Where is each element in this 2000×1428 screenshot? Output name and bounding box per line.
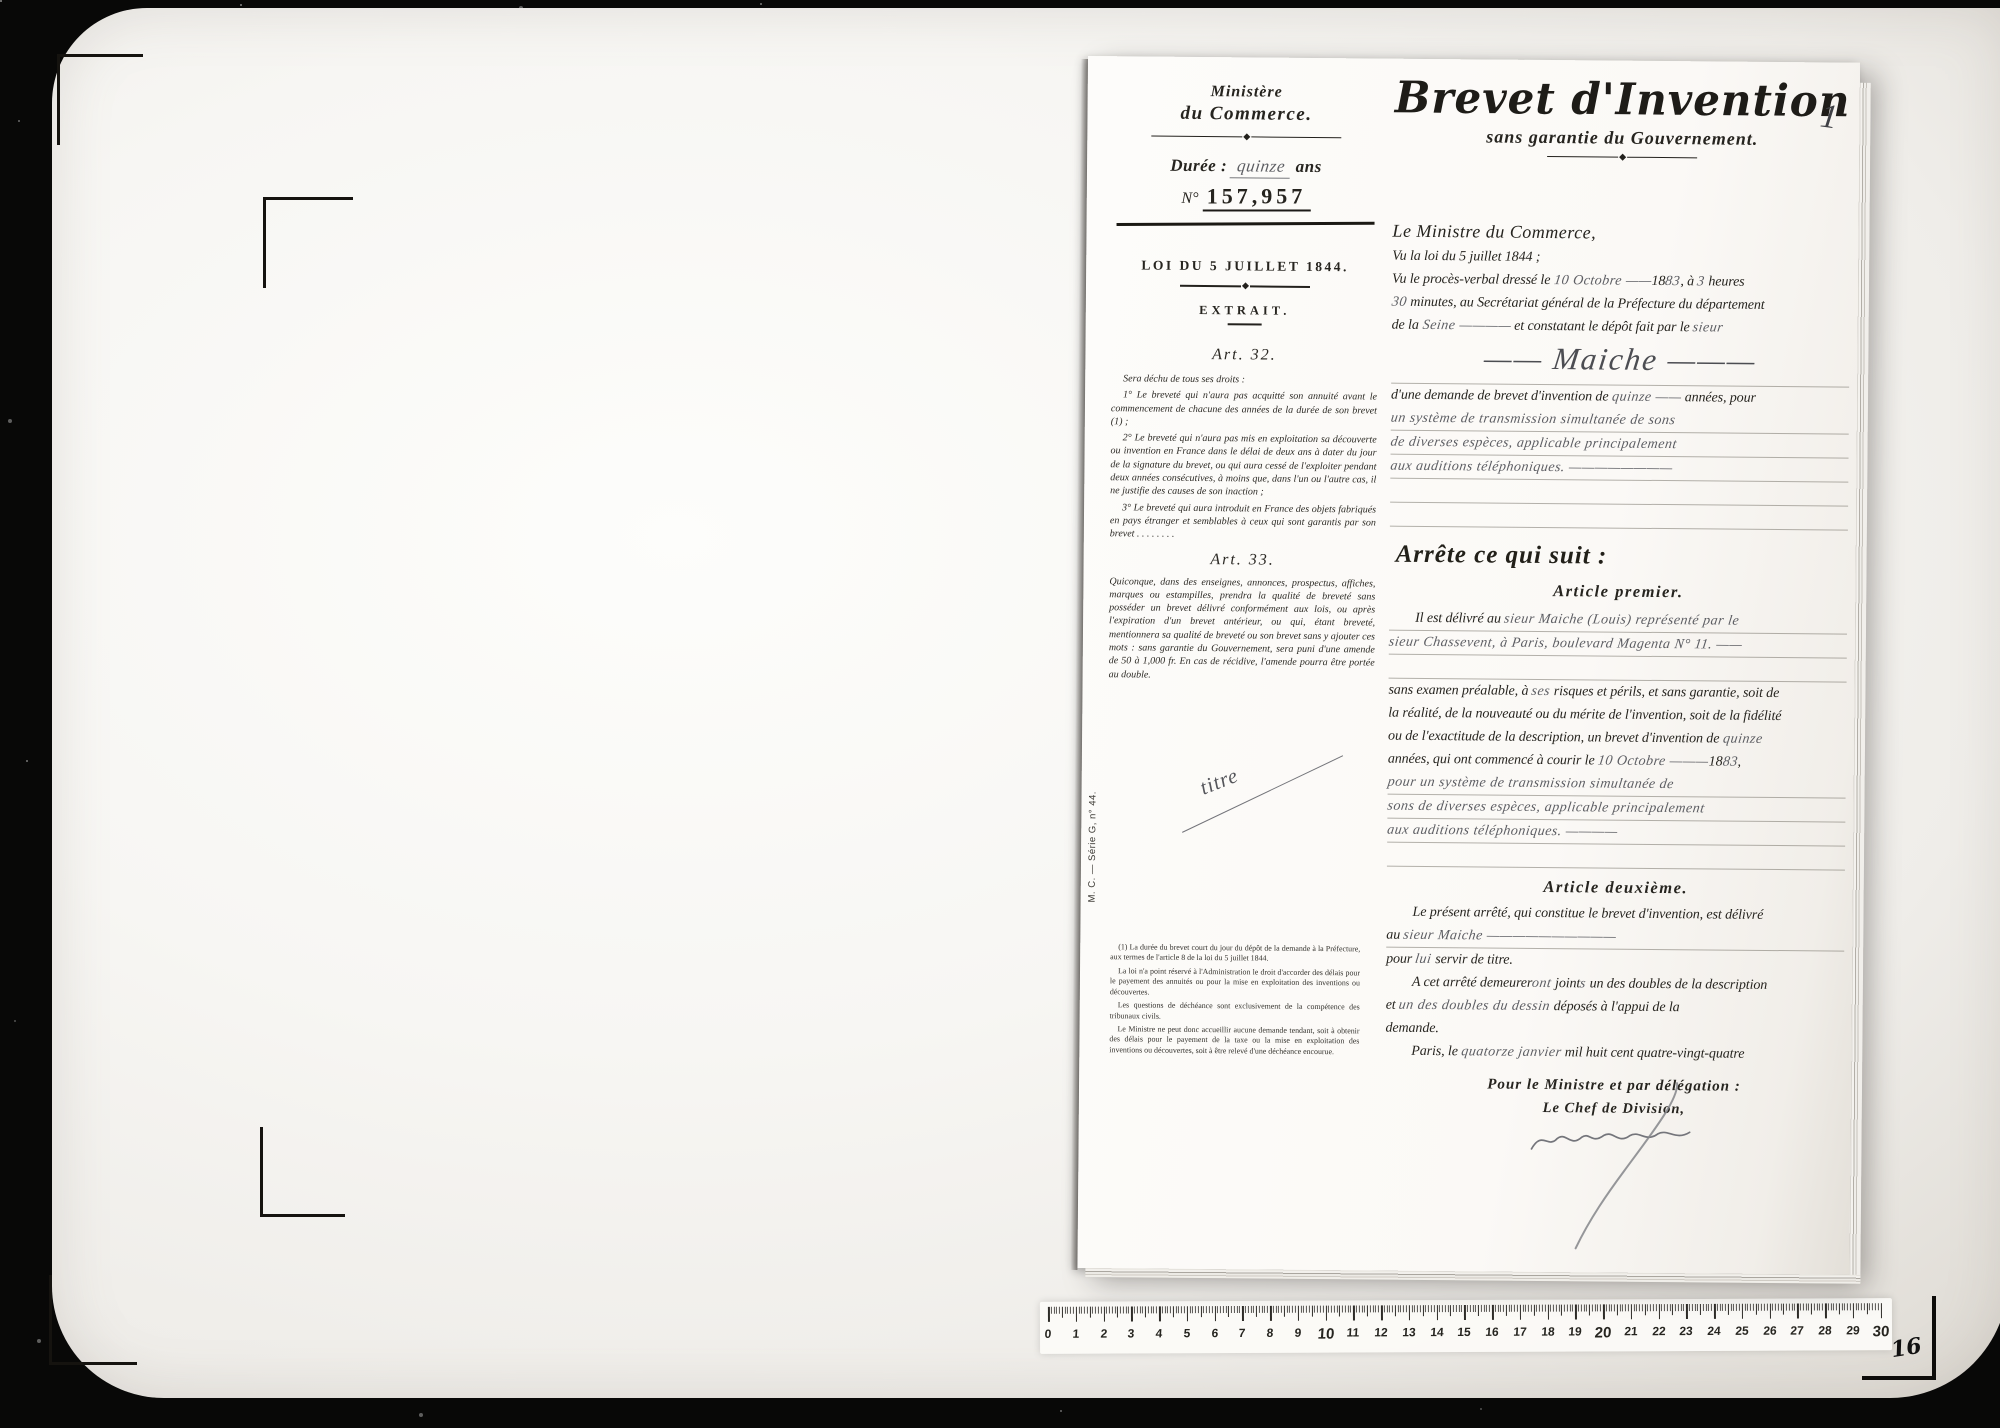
- ruler-tick: [1708, 1304, 1709, 1311]
- ruler-tick: [1561, 1305, 1562, 1316]
- ruler-tick: [1370, 1305, 1371, 1312]
- ruler-tick: [1531, 1305, 1532, 1312]
- ruler-tick: [1539, 1305, 1540, 1312]
- printed-text: minutes, au Secrétariat général de la Pr…: [1407, 295, 1765, 313]
- ruler-tick: [1800, 1304, 1801, 1311]
- ruler-tick: [1414, 1305, 1415, 1312]
- patent-number-label: N°: [1181, 190, 1198, 207]
- printed-text: et constatant le dépôt fait par le: [1511, 319, 1693, 336]
- ruler-tick: [1833, 1303, 1834, 1310]
- ruler-tick: [1789, 1304, 1790, 1311]
- ruler-tick: [1195, 1306, 1196, 1313]
- ruler-tick: [1595, 1304, 1596, 1311]
- ruler-tick: [1403, 1305, 1404, 1312]
- ruler-tick: [1148, 1306, 1149, 1313]
- ruler-tick: [1628, 1304, 1629, 1311]
- ruler-tick: [1070, 1307, 1071, 1314]
- film-series-label: M. C. — Série G, n° 44.: [1087, 791, 1099, 902]
- footnote-1: (1) La durée du brevet court du jour du …: [1110, 942, 1360, 965]
- handwritten-text: pour un système de transmission simultan…: [1386, 771, 1675, 796]
- ruler-tick: [1495, 1305, 1496, 1312]
- ruler-tick: [1617, 1304, 1618, 1315]
- ruler-tick: [1767, 1304, 1768, 1311]
- ruler-tick: [1250, 1306, 1251, 1313]
- ruler-tick: [1065, 1307, 1066, 1314]
- duration-label: Durée :: [1170, 156, 1227, 175]
- handwritten-text: 10 Octobre ——: [1552, 269, 1653, 293]
- article-32-intro: Sera déchu de tous ses droits :: [1111, 372, 1377, 388]
- ruler-tick: [1384, 1305, 1385, 1312]
- ruler-tick: [1139, 1306, 1140, 1313]
- ruler-tick: [1586, 1304, 1587, 1311]
- ruler-tick: [1869, 1303, 1870, 1310]
- ruler-tick: [1353, 1305, 1355, 1320]
- ruler-tick: [1162, 1306, 1163, 1313]
- ruler-tick: [1234, 1306, 1235, 1313]
- ruler-tick: [1323, 1306, 1324, 1313]
- handwritten-text: quinze ——: [1610, 386, 1682, 410]
- ruler-tick: [1367, 1305, 1368, 1316]
- ruler-tick: [1622, 1304, 1623, 1311]
- article-33-text: Quiconque, dans des enseignes, annonces,…: [1109, 575, 1376, 684]
- ruler-tick: [1650, 1304, 1651, 1311]
- ruler-tick: [1101, 1307, 1102, 1314]
- ruler-tick: [1300, 1306, 1301, 1313]
- ruler-tick: [1273, 1306, 1274, 1313]
- footnote-4: Le Ministre ne peut donc accueillir aucu…: [1109, 1024, 1359, 1057]
- ruler-tick: [1489, 1305, 1490, 1312]
- ruler-number: 27: [1790, 1324, 1804, 1338]
- ruler-tick: [1145, 1306, 1146, 1317]
- ruler-tick: [1328, 1306, 1329, 1313]
- text-line: —— Maiche ———: [1391, 337, 1849, 388]
- ruler-tick: [1348, 1306, 1349, 1313]
- ruler-tick: [1855, 1303, 1856, 1310]
- ruler-tick: [1736, 1304, 1737, 1311]
- ruler-tick: [1134, 1306, 1135, 1313]
- ruler-number: 20: [1594, 1324, 1612, 1341]
- ruler-tick: [1575, 1305, 1577, 1320]
- duration-value-handwritten: quinze: [1230, 156, 1293, 178]
- ruler-tick: [1614, 1304, 1615, 1311]
- printed-text: 18: [1709, 754, 1723, 769]
- ruler-tick: [1223, 1306, 1224, 1313]
- ruler-tick: [1606, 1304, 1607, 1311]
- ruler-tick: [1534, 1305, 1535, 1316]
- ruler-tick: [1642, 1304, 1643, 1311]
- ruler-tick: [1228, 1306, 1229, 1317]
- ruler-tick: [1239, 1306, 1240, 1313]
- ruler-tick: [1559, 1305, 1560, 1312]
- ruler-tick: [1503, 1305, 1504, 1312]
- ruler-tick: [1464, 1305, 1466, 1320]
- ruler-tick: [1547, 1305, 1549, 1320]
- ruler-tick: [1373, 1305, 1374, 1312]
- ruler-tick: [1497, 1305, 1498, 1312]
- ruler-tick: [1675, 1304, 1676, 1311]
- ruler-tick: [1076, 1307, 1078, 1322]
- ruler-number: 7: [1238, 1326, 1246, 1340]
- ruler-tick: [1772, 1304, 1773, 1311]
- ruler-number: 5: [1183, 1326, 1191, 1340]
- ruler-tick: [1797, 1304, 1799, 1319]
- ruler-numbers: 0123456789101112131415161718192021222324…: [1040, 1323, 1892, 1347]
- ruler-tick: [1156, 1306, 1157, 1313]
- ruler-tick: [1442, 1305, 1443, 1312]
- ruler-number: 2: [1100, 1327, 1108, 1341]
- ruler-tick: [1264, 1306, 1265, 1313]
- printed-text: un des doubles de la description: [1586, 976, 1767, 993]
- extract-rule: [1228, 323, 1262, 325]
- ruler-tick: [1817, 1303, 1818, 1310]
- ruler-tick: [1098, 1307, 1099, 1314]
- handwritten-text: sieur: [1692, 316, 1726, 339]
- ruler-tick: [1711, 1304, 1712, 1311]
- ruler-tick: [1137, 1306, 1138, 1313]
- handwritten-text: sons de diverses espèces, applicable pri…: [1386, 795, 1706, 821]
- ruler-tick: [1434, 1305, 1435, 1312]
- ruler-tick: [1470, 1305, 1471, 1312]
- printed-text: Le Ministre du Commerce,: [1392, 221, 1596, 243]
- printed-text: joint: [1552, 976, 1581, 991]
- ruler-tick: [1339, 1306, 1340, 1317]
- ruler-tick: [1128, 1306, 1129, 1313]
- ruler-tick: [1406, 1305, 1407, 1312]
- ruler-tick: [1803, 1304, 1804, 1311]
- ruler-tick: [1597, 1304, 1598, 1311]
- ruler-tick: [1589, 1304, 1590, 1315]
- ruler-tick: [1578, 1305, 1579, 1312]
- ruler-tick: [1731, 1304, 1732, 1311]
- ruler-tick: [1159, 1306, 1161, 1321]
- ruler-number: 10: [1317, 1326, 1335, 1343]
- ruler-tick: [1522, 1305, 1523, 1312]
- text-line: [1387, 843, 1845, 871]
- text-line: de la Seine ———— et constatant le dépôt …: [1392, 314, 1850, 341]
- ruler-tick: [1428, 1305, 1429, 1312]
- article-2-lines: Le présent arrêté, qui constitue le brev…: [1385, 901, 1844, 1067]
- ruler-tick: [1794, 1304, 1795, 1311]
- ruler-tick: [1048, 1307, 1050, 1322]
- ruler-tick: [1051, 1307, 1052, 1314]
- title-divider: [1547, 154, 1697, 160]
- ruler-tick: [1525, 1305, 1526, 1312]
- ruler-number: 11: [1346, 1325, 1360, 1339]
- printed-text: ou de l'exactitude de la description, un…: [1388, 729, 1723, 747]
- patent-number-line: N° 157,957: [1113, 182, 1379, 212]
- margin-annotation-handwritten: titre: [1196, 763, 1242, 801]
- handwritten-text: 3: [1696, 270, 1707, 293]
- article-32-heading: Art. 32.: [1111, 345, 1377, 365]
- ruler-tick: [1206, 1306, 1207, 1313]
- printed-text: A cet arrêté demeurer: [1412, 975, 1532, 991]
- ruler-tick: [1611, 1304, 1612, 1311]
- ruler-tick: [1087, 1307, 1088, 1314]
- ruler-tick: [1639, 1304, 1640, 1311]
- ruler-tick: [1317, 1306, 1318, 1313]
- ruler-tick: [1400, 1305, 1401, 1312]
- printed-text: la réalité, de la nouveauté ou du mérite…: [1388, 706, 1781, 724]
- ruler-tick: [1181, 1306, 1182, 1313]
- ruler-tick: [1209, 1306, 1210, 1313]
- pen-flourish-stroke: [1548, 1076, 1700, 1257]
- ruler-tick: [1309, 1306, 1310, 1313]
- ruler-tick: [1425, 1305, 1426, 1312]
- ruler-tick: [1692, 1304, 1693, 1311]
- corner-mark-bottom-left-outer: [49, 1275, 137, 1365]
- ruler-tick: [1306, 1306, 1307, 1313]
- extract-heading: EXTRAIT.: [1112, 302, 1378, 319]
- ruler-tick: [1292, 1306, 1293, 1313]
- ruler-tick: [1775, 1304, 1776, 1311]
- ruler-tick: [1631, 1304, 1633, 1319]
- ruler-tick: [1126, 1306, 1127, 1313]
- ruler-tick: [1270, 1306, 1272, 1321]
- header-rule: [1117, 222, 1375, 226]
- patent-subtitle: sans garantie du Gouvernement.: [1393, 126, 1851, 151]
- ruler-tick: [1656, 1304, 1657, 1311]
- ruler-tick: [1287, 1306, 1288, 1313]
- microfilm-scan: { "scan": { "frame_number": "16", "page_…: [0, 0, 2000, 1428]
- corner-mark-top-left-outer: [57, 54, 143, 145]
- printed-text: demande.: [1385, 1021, 1438, 1036]
- printed-text: Vu le procès-verbal dressé le: [1392, 272, 1554, 288]
- ruler-tick: [1506, 1305, 1507, 1316]
- ruler-tick: [1486, 1305, 1487, 1312]
- ruler-tick: [1700, 1304, 1701, 1315]
- ruler-tick: [1062, 1307, 1063, 1318]
- ruler-tick: [1842, 1303, 1843, 1310]
- ruler-tick: [1750, 1304, 1751, 1311]
- ruler-tick: [1053, 1307, 1054, 1314]
- ruler-tick: [1411, 1305, 1412, 1312]
- ruler-tick: [1084, 1307, 1085, 1314]
- ruler-tick: [1678, 1304, 1679, 1311]
- ruler-number: 18: [1540, 1325, 1554, 1339]
- ruler-tick: [1844, 1303, 1845, 1310]
- ruler-tick: [1808, 1304, 1809, 1311]
- ruler-tick: [1198, 1306, 1199, 1313]
- ruler-tick: [1511, 1305, 1512, 1312]
- duration-line: Durée : quinze ans: [1113, 155, 1379, 179]
- ruler-tick: [1467, 1305, 1468, 1312]
- ruler-tick: [1112, 1307, 1113, 1314]
- text-line: et un des doubles du dessin déposés à l'…: [1386, 994, 1844, 1021]
- ruler-tick: [1703, 1304, 1704, 1311]
- ruler-tick: [1151, 1306, 1152, 1313]
- footnote-3: Les questions de déchéance sont exclusiv…: [1110, 1000, 1360, 1023]
- ruler-tick: [1461, 1305, 1462, 1312]
- ruler-tick: [1439, 1305, 1440, 1312]
- text-line: [1390, 503, 1848, 531]
- ruler-tick: [1189, 1306, 1190, 1313]
- ruler-tick: [1142, 1306, 1143, 1313]
- ruler-tick: [1717, 1304, 1718, 1311]
- handwritten-text: 83: [1664, 270, 1682, 293]
- ruler-tick: [1253, 1306, 1254, 1313]
- ruler-tick: [1783, 1304, 1784, 1315]
- ruler-tick: [1556, 1305, 1557, 1312]
- ruler-tick: [1059, 1307, 1060, 1314]
- ruler-tick: [1514, 1305, 1515, 1312]
- ruler-number: 13: [1402, 1325, 1416, 1339]
- ruler-number: 17: [1513, 1325, 1527, 1339]
- ruler-tick: [1753, 1304, 1754, 1311]
- ruler-tick: [1187, 1306, 1189, 1321]
- ruler-tick: [1078, 1307, 1079, 1314]
- ruler-tick: [1164, 1306, 1165, 1313]
- article-33-heading: Art. 33.: [1110, 550, 1376, 570]
- printed-text: pour: [1386, 952, 1416, 967]
- printed-text: Paris, le: [1411, 1044, 1461, 1059]
- ruler-tick: [1173, 1306, 1174, 1317]
- ruler-tick: [1120, 1307, 1121, 1314]
- handwritten-text: ont: [1531, 972, 1553, 995]
- corner-mark-top-left-inner: [263, 197, 353, 288]
- handwritten-text: —— Maiche ———: [1481, 337, 1759, 381]
- ruler-tick: [1542, 1305, 1543, 1312]
- ruler-tick: [1259, 1306, 1260, 1313]
- ruler-tick: [1067, 1307, 1068, 1314]
- ruler-tick: [1481, 1305, 1482, 1312]
- ruler-tick: [1131, 1306, 1133, 1321]
- ruler-tick: [1106, 1307, 1107, 1314]
- ruler-tick: [1095, 1307, 1096, 1314]
- ruler-number: 24: [1707, 1324, 1721, 1338]
- article-2-heading: Article deuxième.: [1387, 876, 1845, 900]
- ruler-tick: [1564, 1305, 1565, 1312]
- ruler-tick: [1689, 1304, 1690, 1311]
- ruler-tick: [1456, 1305, 1457, 1312]
- ruler-tick: [1819, 1303, 1820, 1310]
- printed-text: Il est délivré au: [1415, 611, 1504, 627]
- ruler-tick: [1847, 1303, 1848, 1310]
- ruler-number: 21: [1624, 1324, 1638, 1338]
- ruler-tick: [1625, 1304, 1626, 1311]
- printed-text: années, pour: [1681, 390, 1756, 406]
- ruler-tick: [1706, 1304, 1707, 1311]
- ruler-tick: [1778, 1304, 1779, 1311]
- ruler-tick: [1176, 1306, 1177, 1313]
- ruler-tick: [1331, 1306, 1332, 1313]
- ruler-tick: [1714, 1304, 1716, 1319]
- ruler-tick: [1345, 1306, 1346, 1313]
- ruler-tick: [1686, 1304, 1688, 1319]
- printed-text: heures: [1705, 274, 1745, 289]
- printed-text: années, qui ont commencé à courir le: [1388, 752, 1598, 769]
- ruler-tick: [1226, 1306, 1227, 1313]
- ruler-tick: [1581, 1304, 1582, 1311]
- law-title: LOI DU 5 JUILLET 1844.: [1112, 257, 1378, 275]
- printed-text: mil huit cent quatre-vingt-quatre: [1561, 1045, 1744, 1062]
- ruler-tick: [1769, 1304, 1771, 1319]
- ruler-tick: [1431, 1305, 1432, 1312]
- ruler-tick: [1553, 1305, 1554, 1312]
- handwritten-text: de diverses espèces, applicable principa…: [1389, 431, 1678, 456]
- ruler-tick: [1295, 1306, 1296, 1313]
- article-32-item-2: 2° Le breveté qui n'aura pas mis en expl…: [1110, 431, 1377, 500]
- ruler-tick: [1761, 1304, 1762, 1311]
- ruler-tick: [1459, 1305, 1460, 1312]
- ruler-tick: [1747, 1304, 1748, 1311]
- ruler-tick: [1828, 1303, 1829, 1310]
- ministry-line1: Ministère: [1114, 82, 1380, 102]
- form-left-column: Ministère du Commerce. Durée : quinze an…: [1109, 82, 1380, 683]
- ruler-number: 3: [1127, 1326, 1135, 1340]
- ruler-number: 28: [1818, 1323, 1832, 1337]
- ruler-tick: [1342, 1306, 1343, 1313]
- ruler-tick: [1600, 1304, 1601, 1311]
- ruler-tick: [1875, 1303, 1876, 1310]
- printed-text: sans examen préalable, à: [1388, 683, 1531, 699]
- patent-title: Brevet d'Invention: [1393, 72, 1851, 127]
- ruler-tick: [1858, 1303, 1859, 1310]
- ruler-tick: [1805, 1304, 1806, 1311]
- ruler-tick: [1245, 1306, 1246, 1313]
- ruler-tick: [1825, 1303, 1827, 1318]
- ruler-tick: [1756, 1304, 1757, 1315]
- film-speckles: [0, 0, 2, 2]
- ruler-tick: [1237, 1306, 1238, 1313]
- ruler-number: 25: [1735, 1324, 1749, 1338]
- ruler-tick: [1361, 1305, 1362, 1312]
- printed-text: déposés à l'appui de la: [1550, 999, 1679, 1015]
- ruler-tick: [1545, 1305, 1546, 1312]
- handwritten-text: un des doubles du dessin: [1398, 994, 1552, 1018]
- text-line: Le Ministre du Commerce,: [1392, 218, 1850, 249]
- ruler-tick: [1722, 1304, 1723, 1311]
- ruler-tick: [1392, 1305, 1393, 1312]
- ruler-tick: [1284, 1306, 1285, 1317]
- ruler-tick: [1334, 1306, 1335, 1313]
- ruler-tick: [1528, 1305, 1529, 1312]
- ruler-number: 22: [1651, 1324, 1665, 1338]
- ruler-tick: [1878, 1303, 1879, 1310]
- ruler-tick: [1739, 1304, 1740, 1311]
- ruler-tick: [1620, 1304, 1621, 1311]
- ruler-tick: [1420, 1305, 1421, 1312]
- ruler-tick: [1275, 1306, 1276, 1313]
- ruler-tick: [1217, 1306, 1218, 1313]
- ruler-tick: [1478, 1305, 1479, 1316]
- ruler-number: 4: [1155, 1326, 1163, 1340]
- ruler-tick: [1320, 1306, 1321, 1313]
- ruler-tick: [1337, 1306, 1338, 1313]
- ruler-number: 14: [1429, 1325, 1443, 1339]
- ruler-tick: [1653, 1304, 1654, 1311]
- handwritten-text: sieur Maiche ——————————: [1402, 924, 1618, 949]
- ruler-tick: [1861, 1303, 1862, 1310]
- ruler-tick: [1398, 1305, 1399, 1312]
- ruler-tick: [1314, 1306, 1315, 1313]
- handwritten-text: aux auditions téléphoniques. ————: [1386, 819, 1619, 844]
- ruler-tick: [1453, 1305, 1454, 1312]
- ruler-tick: [1822, 1303, 1823, 1310]
- printed-text: Vu la loi du 5 juillet 1844 ;: [1392, 249, 1540, 265]
- ruler-tick: [1670, 1304, 1671, 1311]
- measurement-ruler: 0123456789101112131415161718192021222324…: [1040, 1298, 1892, 1354]
- ruler-tick: [1115, 1307, 1116, 1314]
- ruler-tick: [1445, 1305, 1446, 1312]
- ruler-tick: [1220, 1306, 1221, 1313]
- decree-right-column: Brevet d'Invention 1 sans garantie du Go…: [1384, 73, 1851, 1164]
- ruler-tick: [1517, 1305, 1518, 1312]
- ruler-tick: [1872, 1303, 1873, 1310]
- patent-document-page: Ministère du Commerce. Durée : quinze an…: [1077, 56, 1860, 1275]
- ruler-tick: [1536, 1305, 1537, 1312]
- ruler-tick: [1645, 1304, 1646, 1315]
- handwritten-text: 83: [1721, 751, 1739, 774]
